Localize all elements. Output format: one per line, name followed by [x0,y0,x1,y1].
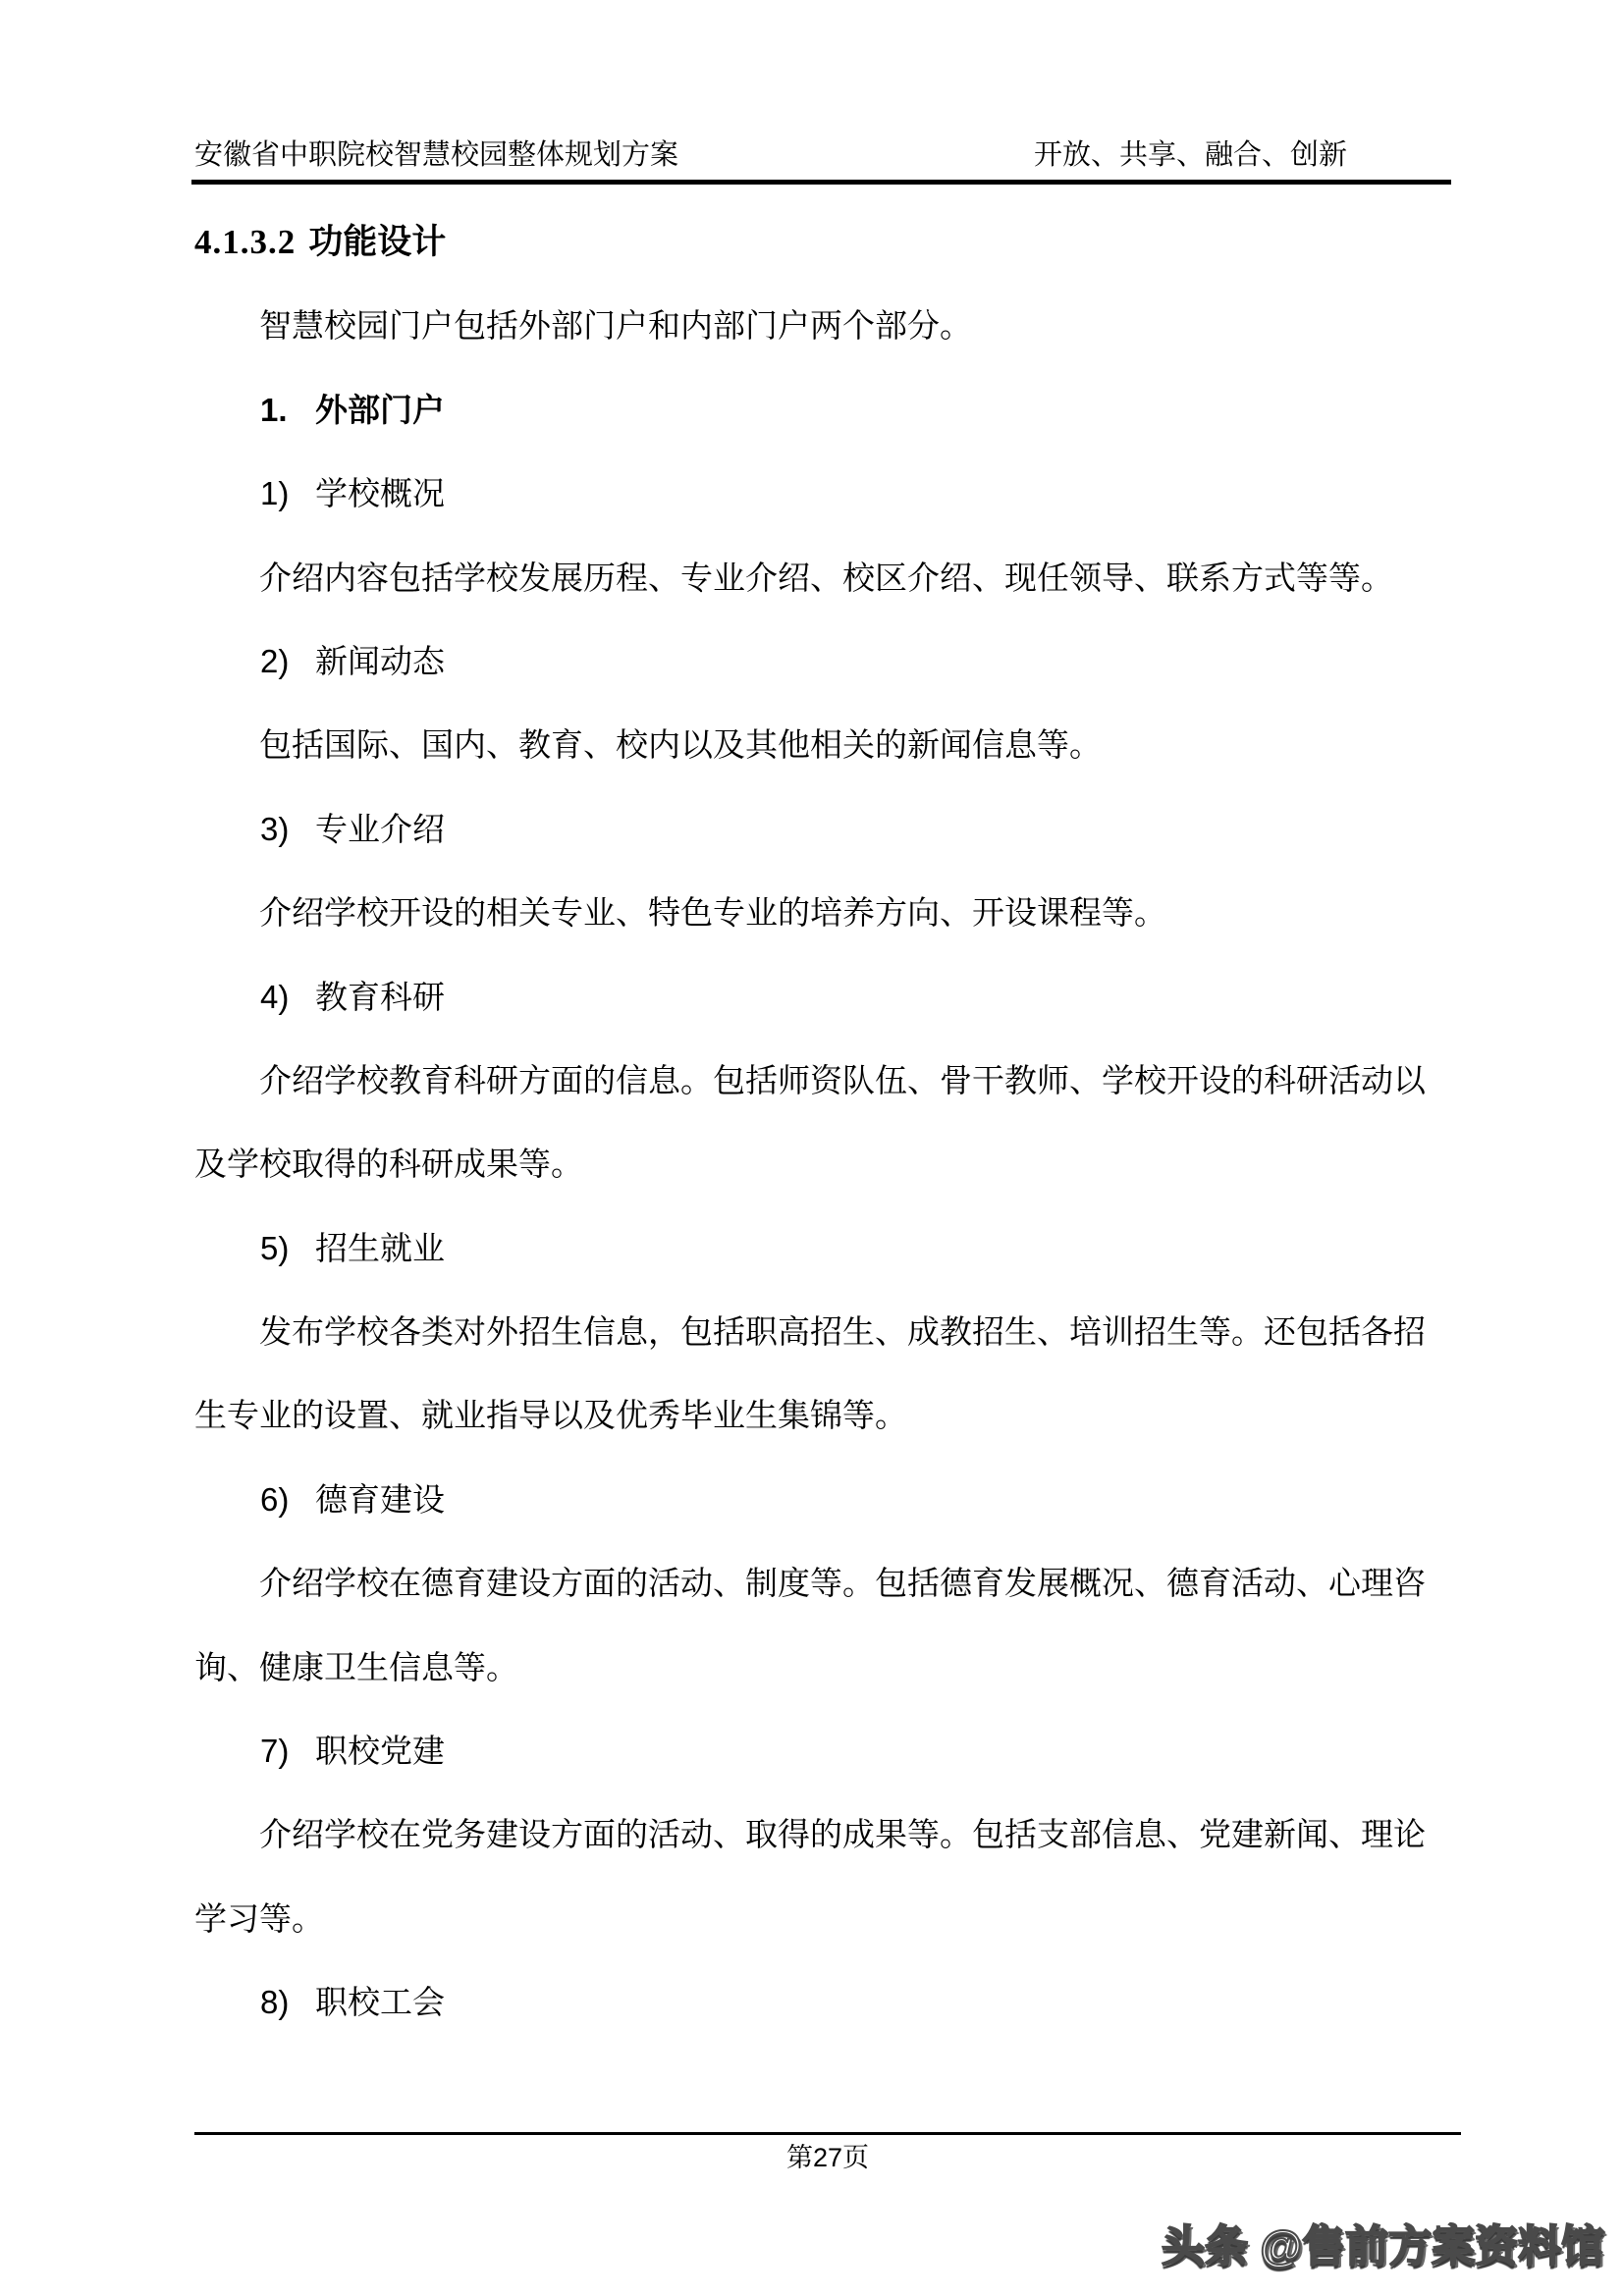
list-item-marker: 7) [260,1709,315,1792]
page-footer: 第27页 [194,2141,1461,2174]
list-item-marker: 3) [260,787,315,871]
list-item-label: 专业介绍 [315,811,445,847]
list-item: 8)职校工会 [194,1960,1455,2044]
list-item-label: 学校概况 [315,475,445,511]
header-rule [191,180,1451,185]
list-item-label: 职校党建 [315,1733,445,1769]
paragraph-line: 介绍内容包括学校发展历程、专业介绍、校区介绍、现任领导、联系方式等等。 [194,536,1455,619]
section-heading-title: 功能设计 [308,223,446,261]
header-title: 安徽省中职院校智慧校园整体规划方案 [194,137,678,173]
document-body: 4.1.3.2功能设计智慧校园门户包括外部门户和内部门户两个部分。1.外部门户1… [194,200,1455,2045]
list-item: 4)教育科研 [194,955,1455,1039]
footer-rule [194,2132,1461,2135]
paragraph-line: 介绍学校教育科研方面的信息。包括师资队伍、骨干教师、学校开设的科研活动以 [194,1039,1455,1122]
header-slogan: 开放、共享、融合、创新 [1034,137,1347,173]
section-heading: 4.1.3.2功能设计 [194,200,1455,284]
paragraph-line: 生专业的设置、就业指导以及优秀毕业生集锦等。 [194,1373,1455,1457]
list-item-marker: 2) [260,619,315,703]
paragraph-line: 及学校取得的科研成果等。 [194,1122,1455,1205]
paragraph-line: 发布学校各类对外招生信息，包括职高招生、成教招生、培训招生等。还包括各招 [194,1290,1455,1373]
list-item-label: 职校工会 [315,1984,445,2020]
paragraph-line: 智慧校园门户包括外部门户和内部门户两个部分。 [194,284,1455,367]
list-item-label: 招生就业 [315,1230,445,1266]
list-item-marker: 1. [260,368,315,452]
list-item: 1)学校概况 [194,452,1455,535]
list-item-marker: 1) [260,452,315,535]
section-heading-number: 4.1.3.2 [194,223,296,261]
watermark: 头条 @售前方案资料馆 [1162,2211,1604,2273]
list-item-marker: 5) [260,1206,315,1290]
list-item: 3)专业介绍 [194,787,1455,871]
paragraph-line: 介绍学校在党务建设方面的活动、取得的成果等。包括支部信息、党建新闻、理论 [194,1792,1455,1876]
paragraph-line: 询、健康卫生信息等。 [194,1626,1455,1709]
paragraph-line: 学习等。 [194,1877,1455,1960]
list-item: 6)德育建设 [194,1458,1455,1541]
list-item-marker: 4) [260,955,315,1039]
paragraph-line: 包括国际、国内、教育、校内以及其他相关的新闻信息等。 [194,703,1455,786]
paragraph-line: 介绍学校在德育建设方面的活动、制度等。包括德育发展概况、德育活动、心理咨 [194,1541,1455,1625]
paragraph-line: 介绍学校开设的相关专业、特色专业的培养方向、开设课程等。 [194,871,1455,954]
list-item-bold: 1.外部门户 [194,368,1455,452]
list-item: 2)新闻动态 [194,619,1455,703]
document-page: 安徽省中职院校智慧校园整体规划方案 开放、共享、融合、创新 4.1.3.2功能设… [0,0,1623,2296]
page-number: 第27页 [786,2143,869,2172]
list-item: 5)招生就业 [194,1206,1455,1290]
list-item-label: 新闻动态 [315,643,445,679]
list-item-label: 德育建设 [315,1481,445,1518]
list-item-marker: 6) [260,1458,315,1541]
page-header: 安徽省中职院校智慧校园整体规划方案 开放、共享、融合、创新 [194,137,1451,173]
list-item-label: 教育科研 [315,979,445,1015]
list-item: 7)职校党建 [194,1709,1455,1792]
list-item-marker: 8) [260,1960,315,2044]
list-item-label: 外部门户 [315,392,445,428]
